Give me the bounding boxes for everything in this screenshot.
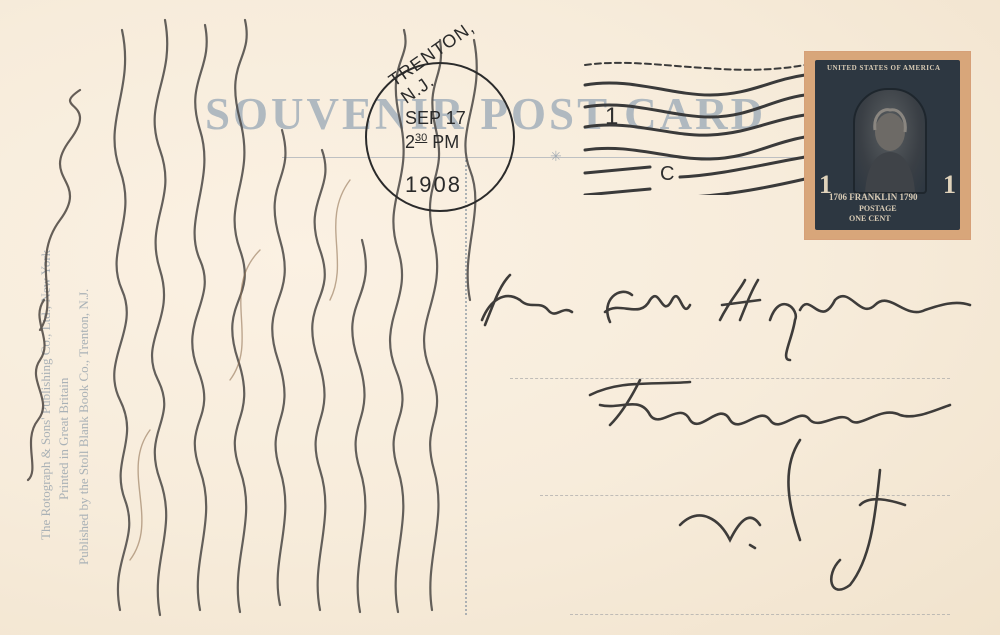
cancel-letter: C xyxy=(660,163,674,186)
machine-cancel: 1 C xyxy=(580,55,810,195)
stamp-value: ONE CENT xyxy=(849,214,891,223)
stamp-numeral-right: 1 xyxy=(943,170,956,200)
stamp-design: UNITED STATES OF AMERICA 1 1 1706 FRANKL… xyxy=(815,60,960,230)
franklin-portrait-icon xyxy=(853,88,927,194)
postmark-year: 1908 xyxy=(405,172,462,198)
postage-stamp: UNITED STATES OF AMERICA 1 1 1706 FRANKL… xyxy=(805,52,970,239)
postmark-ampm: PM xyxy=(432,132,459,152)
stamp-name-line: 1706 FRANKLIN 1790 xyxy=(829,192,918,202)
postmark-date: SEP 17 xyxy=(405,108,466,129)
stamp-country: UNITED STATES OF AMERICA xyxy=(827,64,941,72)
portrait-silhouette-icon xyxy=(855,90,925,192)
postmark: TRENTON, N.J. SEP 17 230 PM 1908 xyxy=(365,62,515,212)
stamp-postage: POSTAGE xyxy=(859,204,897,213)
postmark-time: 230 PM xyxy=(405,132,459,153)
postmark-hour: 2 xyxy=(405,132,415,152)
postcard-back: SOUVENIRPOSTCARD ✳ The Rotograph & Sons'… xyxy=(0,0,1000,635)
postmark-minute: 30 xyxy=(415,132,427,144)
cancel-number: 1 xyxy=(605,103,618,131)
